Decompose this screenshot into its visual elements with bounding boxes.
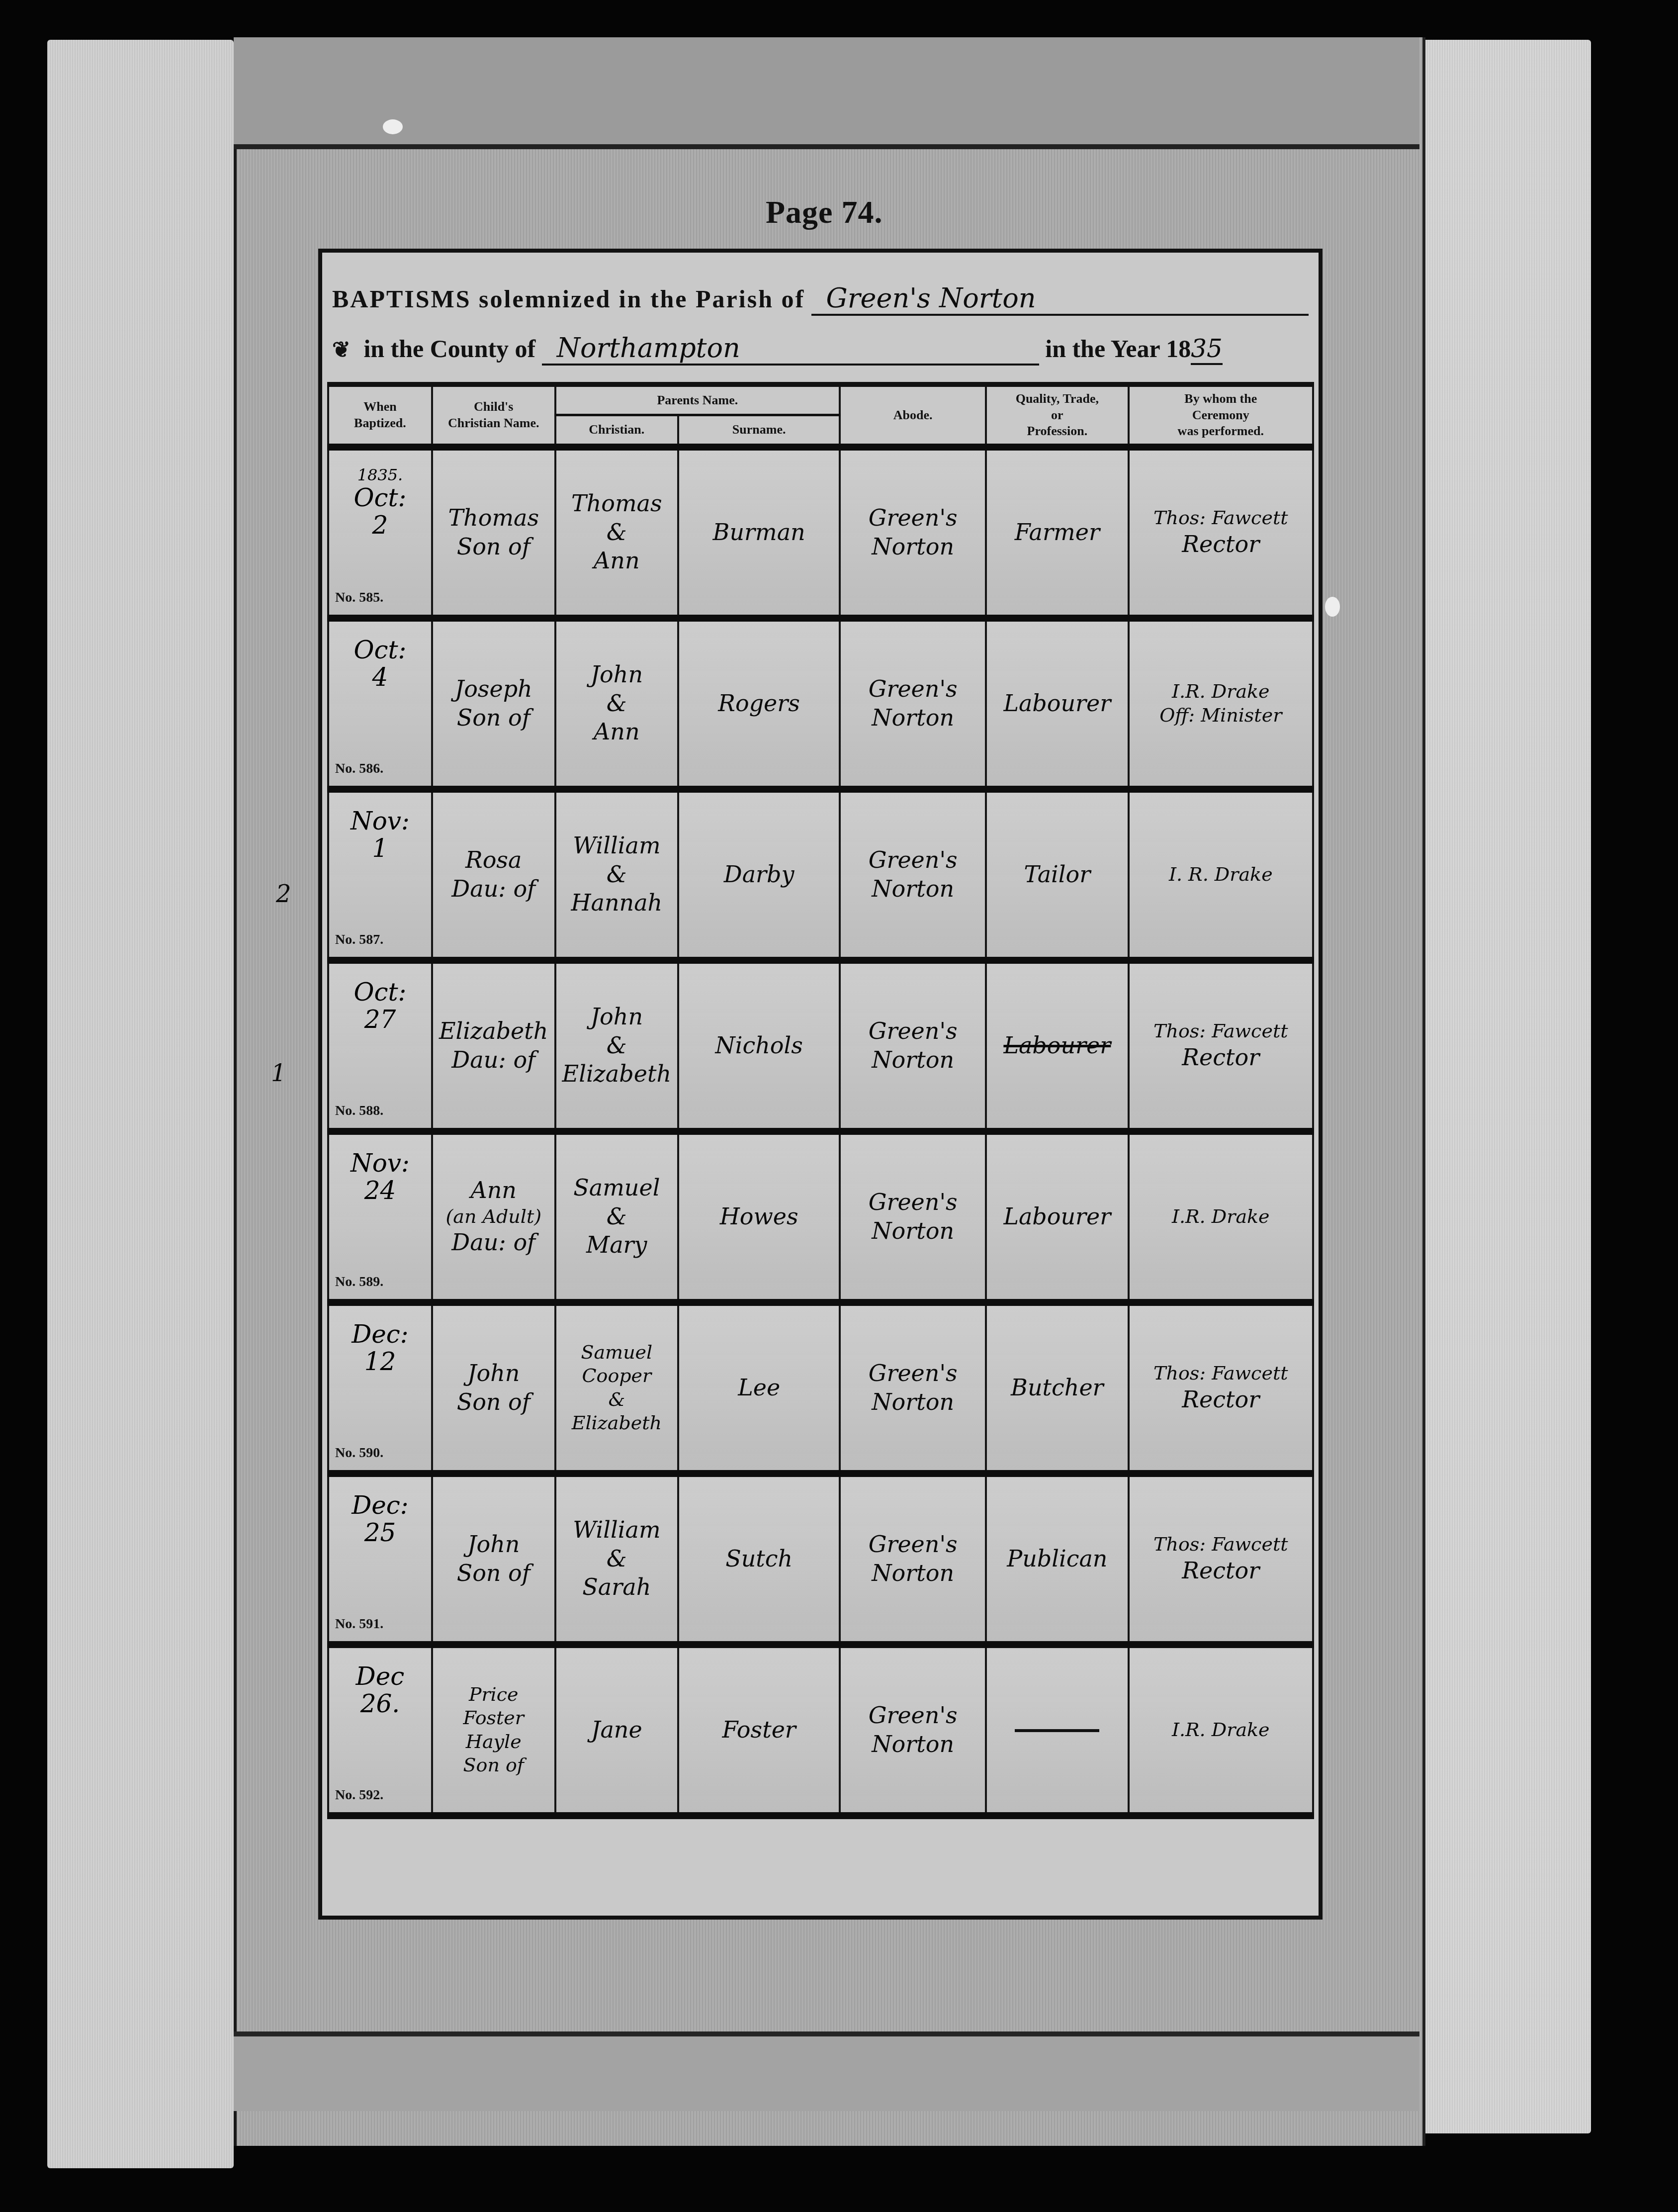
abode-line: Green's: [845, 1017, 981, 1046]
by-whom-line: Thos: Fawcett: [1134, 1533, 1308, 1557]
cell-parents-christian: Samuel&Mary: [555, 1131, 679, 1302]
parents-christian-lines: William&Sarah: [560, 1516, 674, 1602]
entry-month: Dec:: [333, 1321, 427, 1348]
quality-value: Butcher: [991, 1374, 1123, 1402]
col-quality-trade: Quality, Trade,orProfession.: [986, 384, 1128, 447]
margin-note-1: 1: [271, 1059, 286, 1087]
parish-field: Green's Norton: [811, 282, 1309, 316]
cell-parents-surname: Nichols: [678, 960, 840, 1131]
parents-christian-line: Samuel: [560, 1174, 674, 1202]
cell-by-whom: Thos: FawcettRector: [1129, 1474, 1313, 1645]
fleuron-icon: ❦: [332, 338, 351, 362]
cell-abode: Green'sNorton: [840, 1474, 986, 1645]
abode-line: Norton: [845, 1730, 981, 1759]
child-line: Hayle: [437, 1730, 550, 1754]
cell-by-whom: Thos: FawcettRector: [1129, 1302, 1313, 1474]
cell-abode: Green'sNorton: [840, 789, 986, 960]
table-row: Nov: 24 No. 589. Ann(an Adult)Dau: of Sa…: [328, 1131, 1313, 1302]
entry-number: No. 587.: [335, 932, 383, 948]
col-parents-surname: Surname.: [678, 415, 840, 447]
cell-parents-christian: Jane: [555, 1645, 679, 1816]
entry-day: 26.: [333, 1690, 427, 1718]
officiant-lines: Thos: FawcettRector: [1134, 1019, 1308, 1072]
quality-value: Publican: [991, 1545, 1123, 1573]
cell-parents-surname: Howes: [678, 1131, 840, 1302]
entry-month: Nov:: [333, 1150, 427, 1177]
cell-quality-trade: Labourer: [986, 618, 1128, 789]
child-line: Foster: [437, 1706, 550, 1730]
paper-blemish: [383, 119, 403, 134]
cell-parents-christian: William&Sarah: [555, 1474, 679, 1645]
cell-abode: Green'sNorton: [840, 1302, 986, 1474]
child-line: Rosa: [437, 846, 550, 875]
cell-quality-trade: Butcher: [986, 1302, 1128, 1474]
parents-christian-line: Thomas: [560, 489, 674, 518]
parents-christian-lines: John&Ann: [560, 660, 674, 746]
child-line: Son of: [437, 533, 550, 561]
entry-number: No. 589.: [335, 1274, 383, 1290]
page-bottom-band: [234, 2031, 1419, 2111]
parents-christian-lines: SamuelCooper&Elizabeth: [560, 1341, 674, 1435]
child-line: (an Adult): [437, 1205, 550, 1229]
abode-line: Green's: [845, 1530, 981, 1559]
cell-parents-surname: Darby: [678, 789, 840, 960]
table-row: Nov: 1 No. 587. RosaDau: of William&Hann…: [328, 789, 1313, 960]
entry-number: No. 592.: [335, 1787, 383, 1803]
officiant-lines: Thos: FawcettRector: [1134, 506, 1308, 558]
child-line: Ann: [437, 1176, 550, 1205]
entry-day: 25: [333, 1519, 427, 1547]
abode-line: Green's: [845, 504, 981, 533]
abode-line: Norton: [845, 1559, 981, 1588]
officiant-lines: I. R. Drake: [1134, 863, 1308, 887]
cell-abode: Green'sNorton: [840, 1131, 986, 1302]
officiant-lines: I.R. Drake: [1134, 1718, 1308, 1742]
by-whom-line: Rector: [1134, 530, 1308, 559]
parents-christian-line: Sarah: [560, 1573, 674, 1602]
surname-value: Lee: [683, 1374, 835, 1402]
cell-by-whom: I.R. DrakeOff: Minister: [1129, 618, 1313, 789]
abode-line: Green's: [845, 675, 981, 704]
by-whom-line: Thos: Fawcett: [1134, 1019, 1308, 1043]
cell-child-name: JohnSon of: [432, 1474, 555, 1645]
table-row: 1835. Oct: 2 No. 585. ThomasSon of Thoma…: [328, 447, 1313, 618]
table-row: Dec: 12 No. 590. JohnSon of SamuelCooper…: [328, 1302, 1313, 1474]
parents-christian-lines: William&Hannah: [560, 831, 674, 918]
by-whom-line: I. R. Drake: [1134, 863, 1308, 887]
cell-quality-trade: Labourer: [986, 1131, 1128, 1302]
quality-value: Labourer: [991, 1202, 1123, 1231]
child-name-lines: Ann(an Adult)Dau: of: [437, 1176, 550, 1257]
abode-line: Norton: [845, 1217, 981, 1246]
surname-value: Darby: [683, 860, 835, 889]
child-line: Son of: [437, 1388, 550, 1417]
officiant-lines: Thos: FawcettRector: [1134, 1362, 1308, 1414]
abode-lines: Green'sNorton: [845, 846, 981, 903]
parents-christian-line: John: [560, 1003, 674, 1031]
quality-value: Labourer: [991, 689, 1123, 718]
margin-note-2: 2: [276, 880, 291, 908]
cell-by-whom: Thos: FawcettRector: [1129, 960, 1313, 1131]
surname-value: Rogers: [683, 689, 835, 718]
cell-parents-christian: John&Elizabeth: [555, 960, 679, 1131]
cell-parents-surname: Lee: [678, 1302, 840, 1474]
officiant-lines: Thos: FawcettRector: [1134, 1533, 1308, 1585]
child-line: Price: [437, 1683, 550, 1707]
by-whom-line: Off: Minister: [1134, 704, 1308, 728]
cell-by-whom: Thos: FawcettRector: [1129, 447, 1313, 618]
abode-line: Green's: [845, 846, 981, 875]
parents-christian-line: &: [560, 1202, 674, 1231]
abode-lines: Green'sNorton: [845, 1530, 981, 1587]
officiant-lines: I.R. Drake: [1134, 1205, 1308, 1229]
cell-abode: Green'sNorton: [840, 960, 986, 1131]
abode-lines: Green'sNorton: [845, 504, 981, 561]
table-row: Oct: 4 No. 586. JosephSon of John&Ann Ro…: [328, 618, 1313, 789]
parents-christian-line: Hannah: [560, 889, 674, 918]
heading-county-line: ❦ in the County of Northampton in the Ye…: [332, 332, 1223, 366]
abode-line: Norton: [845, 704, 981, 733]
col-abode: Abode.: [840, 384, 986, 447]
entry-number: No. 591.: [335, 1616, 383, 1632]
table-row: Oct: 27 No. 588. ElizabethDau: of John&E…: [328, 960, 1313, 1131]
entry-day: 12: [333, 1348, 427, 1376]
quality-value: Farmer: [991, 518, 1123, 547]
right-film-strip: [1419, 40, 1591, 2133]
entry-day: 2: [333, 512, 427, 539]
child-line: Dau: of: [437, 1228, 550, 1257]
cell-parents-christian: Thomas&Ann: [555, 447, 679, 618]
parents-christian-lines: Samuel&Mary: [560, 1174, 674, 1260]
cell-quality-trade: [986, 1645, 1128, 1816]
cell-when-baptized: Oct: 4 No. 586.: [328, 618, 432, 789]
child-line: Son of: [437, 704, 550, 733]
parents-christian-line: John: [560, 660, 674, 689]
page-top-band: [234, 37, 1419, 149]
by-whom-line: I.R. Drake: [1134, 1718, 1308, 1742]
cell-when-baptized: Dec 26. No. 592.: [328, 1645, 432, 1816]
cell-parents-surname: Rogers: [678, 618, 840, 789]
parents-christian-lines: John&Elizabeth: [560, 1003, 674, 1089]
abode-line: Norton: [845, 1388, 981, 1417]
child-line: Elizabeth: [437, 1017, 550, 1046]
heading-parish-label: BAPTISMS solemnized in the Parish of: [332, 285, 805, 313]
cell-child-name: RosaDau: of: [432, 789, 555, 960]
year-value: 35: [1191, 334, 1223, 363]
cell-by-whom: I.R. Drake: [1129, 1131, 1313, 1302]
cell-parents-christian: William&Hannah: [555, 789, 679, 960]
col-by-whom: By whom theCeremonywas performed.: [1129, 384, 1313, 447]
abode-lines: Green'sNorton: [845, 1017, 981, 1074]
cell-when-baptized: Oct: 27 No. 588.: [328, 960, 432, 1131]
parents-christian-line: Samuel: [560, 1341, 674, 1365]
entry-year: 1835.: [333, 465, 427, 484]
cell-child-name: JosephSon of: [432, 618, 555, 789]
abode-line: Norton: [845, 875, 981, 904]
cell-parents-christian: SamuelCooper&Elizabeth: [555, 1302, 679, 1474]
cell-child-name: ThomasSon of: [432, 447, 555, 618]
parents-christian-line: Ann: [560, 718, 674, 746]
baptism-entries-table: WhenBaptized. Child'sChristian Name. Par…: [327, 382, 1314, 1819]
by-whom-line: Rector: [1134, 1557, 1308, 1585]
parents-christian-line: Jane: [560, 1716, 674, 1745]
abode-line: Green's: [845, 1188, 981, 1217]
parents-christian-line: &: [560, 518, 674, 547]
entry-day: 4: [333, 664, 427, 691]
entry-number: No. 588.: [335, 1103, 383, 1119]
by-whom-line: I.R. Drake: [1134, 680, 1308, 704]
child-name-lines: RosaDau: of: [437, 846, 550, 903]
cell-child-name: PriceFosterHayleSon of: [432, 1645, 555, 1816]
entry-month: Oct:: [333, 484, 427, 512]
left-film-strip: [47, 40, 234, 2168]
child-line: Son of: [437, 1559, 550, 1588]
parents-christian-line: &: [560, 689, 674, 718]
child-name-lines: ElizabethDau: of: [437, 1017, 550, 1074]
child-line: Dau: of: [437, 875, 550, 904]
surname-value: Sutch: [683, 1545, 835, 1573]
by-whom-line: I.R. Drake: [1134, 1205, 1308, 1229]
county-field: Northampton: [542, 332, 1039, 366]
parents-christian-line: William: [560, 1516, 674, 1545]
col-when-baptized: WhenBaptized.: [328, 384, 432, 447]
cell-child-name: Ann(an Adult)Dau: of: [432, 1131, 555, 1302]
abode-line: Green's: [845, 1359, 981, 1388]
cell-child-name: JohnSon of: [432, 1302, 555, 1474]
abode-line: Green's: [845, 1701, 981, 1730]
cell-quality-trade: Publican: [986, 1474, 1128, 1645]
heading-year-label: in the Year 18: [1045, 335, 1191, 363]
abode-lines: Green'sNorton: [845, 1359, 981, 1416]
parents-christian-line: Cooper: [560, 1364, 674, 1388]
by-whom-line: Rector: [1134, 1385, 1308, 1414]
officiant-lines: I.R. DrakeOff: Minister: [1134, 680, 1308, 727]
col-child-name: Child'sChristian Name.: [432, 384, 555, 447]
child-name-lines: JohnSon of: [437, 1530, 550, 1587]
entry-number: No. 590.: [335, 1445, 383, 1461]
child-line: Joseph: [437, 675, 550, 704]
cell-quality-trade: Labourer: [986, 960, 1128, 1131]
parents-christian-line: William: [560, 831, 674, 860]
child-name-lines: JosephSon of: [437, 675, 550, 732]
child-name-lines: PriceFosterHayleSon of: [437, 1683, 550, 1777]
cell-parents-surname: Foster: [678, 1645, 840, 1816]
child-name-lines: JohnSon of: [437, 1359, 550, 1416]
entry-month: Oct:: [333, 637, 427, 664]
surname-value: Foster: [683, 1716, 835, 1745]
cell-child-name: ElizabethDau: of: [432, 960, 555, 1131]
abode-line: Norton: [845, 533, 981, 561]
cell-parents-surname: Sutch: [678, 1474, 840, 1645]
cell-when-baptized: 1835. Oct: 2 No. 585.: [328, 447, 432, 618]
by-whom-line: Rector: [1134, 1043, 1308, 1072]
parents-christian-line: Elizabeth: [560, 1060, 674, 1089]
abode-lines: Green'sNorton: [845, 1701, 981, 1758]
cell-parents-christian: John&Ann: [555, 618, 679, 789]
cell-when-baptized: Nov: 1 No. 587.: [328, 789, 432, 960]
column-header-row: WhenBaptized. Child'sChristian Name. Par…: [328, 384, 1313, 415]
parents-christian-line: Elizabeth: [560, 1411, 674, 1435]
table-row: Dec 26. No. 592. PriceFosterHayleSon of …: [328, 1645, 1313, 1816]
parents-christian-line: Ann: [560, 547, 674, 575]
entry-number: No. 586.: [335, 761, 383, 777]
cell-by-whom: I.R. Drake: [1129, 1645, 1313, 1816]
by-whom-line: Thos: Fawcett: [1134, 506, 1308, 530]
parents-christian-lines: Jane: [560, 1716, 674, 1745]
entry-day: 24: [333, 1177, 427, 1204]
cell-abode: Green'sNorton: [840, 618, 986, 789]
abode-line: Norton: [845, 1046, 981, 1075]
child-line: Thomas: [437, 504, 550, 533]
entry-day: 1: [333, 835, 427, 862]
cell-abode: Green'sNorton: [840, 447, 986, 618]
quality-blank-dash: [1015, 1729, 1099, 1732]
cell-abode: Green'sNorton: [840, 1645, 986, 1816]
parish-value: Green's Norton: [811, 282, 1036, 314]
cell-when-baptized: Dec: 25 No. 591.: [328, 1474, 432, 1645]
cell-by-whom: I. R. Drake: [1129, 789, 1313, 960]
entry-month: Nov:: [333, 808, 427, 835]
surname-value: Nichols: [683, 1031, 835, 1060]
surname-value: Burman: [683, 518, 835, 547]
table-row: Dec: 25 No. 591. JohnSon of William&Sara…: [328, 1474, 1313, 1645]
entry-month: Oct:: [333, 979, 427, 1006]
parents-christian-line: Mary: [560, 1231, 674, 1260]
by-whom-line: Thos: Fawcett: [1134, 1362, 1308, 1385]
entry-day: 27: [333, 1006, 427, 1033]
child-name-lines: ThomasSon of: [437, 504, 550, 561]
quality-value: Labourer: [991, 1031, 1123, 1060]
paper-blemish: [1325, 597, 1340, 617]
col-parents-christian: Christian.: [555, 415, 679, 447]
entry-number: No. 585.: [335, 590, 383, 606]
heading-county-label: in the County of: [363, 335, 535, 363]
quality-value: Tailor: [991, 860, 1123, 889]
baptism-register-form: BAPTISMS solemnized in the Parish of Gre…: [318, 249, 1323, 1920]
cell-when-baptized: Dec: 12 No. 590.: [328, 1302, 432, 1474]
cell-quality-trade: Farmer: [986, 447, 1128, 618]
child-line: John: [437, 1359, 550, 1388]
child-line: John: [437, 1530, 550, 1559]
parents-christian-line: &: [560, 1031, 674, 1060]
entry-month: Dec: [333, 1663, 427, 1690]
surname-value: Howes: [683, 1202, 835, 1231]
entry-month: Dec:: [333, 1492, 427, 1519]
parents-christian-line: &: [560, 1545, 674, 1573]
page-number-title: Page 74.: [766, 194, 883, 231]
child-line: Son of: [437, 1753, 550, 1777]
cell-quality-trade: Tailor: [986, 789, 1128, 960]
child-line: Dau: of: [437, 1046, 550, 1075]
county-value: Northampton: [542, 332, 740, 364]
parents-christian-line: &: [560, 860, 674, 889]
col-parents-name: Parents Name.: [555, 384, 840, 415]
cell-parents-surname: Burman: [678, 447, 840, 618]
parents-christian-line: &: [560, 1388, 674, 1412]
abode-lines: Green'sNorton: [845, 1188, 981, 1245]
heading-parish-line: BAPTISMS solemnized in the Parish of Gre…: [332, 282, 1309, 316]
parents-christian-lines: Thomas&Ann: [560, 489, 674, 575]
cell-when-baptized: Nov: 24 No. 589.: [328, 1131, 432, 1302]
abode-lines: Green'sNorton: [845, 675, 981, 732]
